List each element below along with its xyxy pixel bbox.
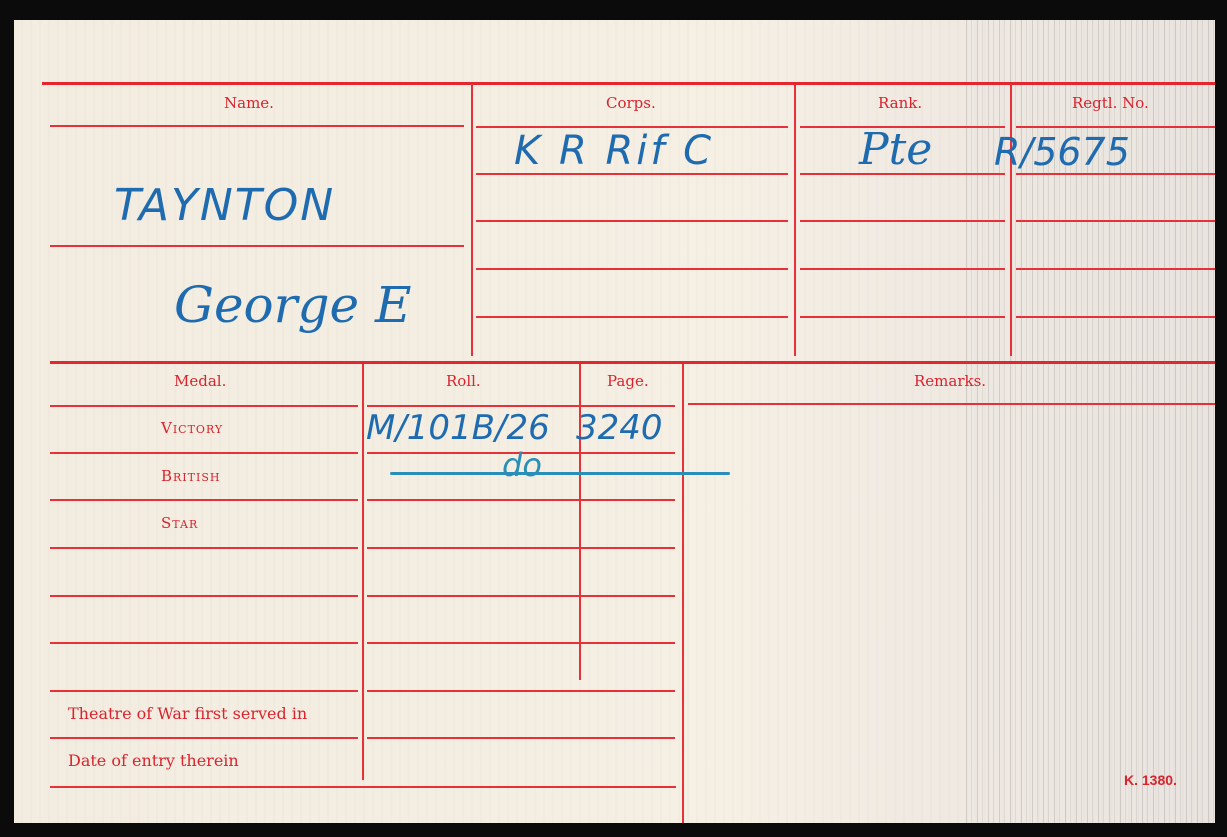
- handwritten-roll: M/101B/26: [366, 408, 550, 448]
- header-medal: Medal.: [174, 372, 226, 390]
- roll-rule: [367, 499, 675, 501]
- medal-rule: [50, 642, 358, 644]
- label-theatre-of-war: Theatre of War first served in: [68, 704, 307, 723]
- regt-rule: [1016, 268, 1215, 270]
- handwritten-corps: K R Rif C: [514, 128, 714, 174]
- roll-rule: [367, 642, 675, 644]
- roll-rule: [367, 595, 675, 597]
- header-corps: Corps.: [606, 94, 656, 112]
- name-rule: [50, 125, 464, 127]
- handwritten-page: 3240: [576, 408, 663, 448]
- divider-corps-rank: [794, 84, 796, 356]
- header-name: Name.: [224, 94, 274, 112]
- header-remarks: Remarks.: [914, 372, 986, 390]
- roll-rule: [367, 737, 675, 739]
- regt-rule: [1016, 220, 1215, 222]
- header-regt-no: Regtl. No.: [1072, 94, 1149, 112]
- header-page: Page.: [607, 372, 649, 390]
- corps-rule: [476, 316, 788, 318]
- header-rank: Rank.: [878, 94, 922, 112]
- divider-medal-roll: [362, 364, 364, 780]
- roll-rule: [367, 405, 675, 407]
- handwritten-forenames: George E: [174, 276, 412, 334]
- medal-rule: [50, 547, 358, 549]
- rank-rule: [800, 268, 1005, 270]
- medal-rule: [50, 405, 358, 407]
- medal-star: Star: [161, 514, 198, 532]
- ditto-stroke: [390, 472, 730, 475]
- bottom-rule: [50, 786, 676, 788]
- middle-rule: [50, 361, 1215, 364]
- regt-rule: [1016, 126, 1215, 128]
- medal-rule: [50, 737, 358, 739]
- handwritten-regt-no: R/5675: [994, 130, 1130, 174]
- roll-rule: [367, 547, 675, 549]
- medal-rule: [50, 499, 358, 501]
- roll-rule: [367, 690, 675, 692]
- medal-rule: [50, 690, 358, 692]
- medal-index-card: Name. Corps. Rank. Regtl. No. Medal. Rol…: [14, 20, 1215, 823]
- medal-british: British: [161, 467, 220, 485]
- form-number: K. 1380.: [1124, 772, 1177, 788]
- divider-rank-regt: [1010, 84, 1012, 356]
- corps-rule: [476, 220, 788, 222]
- medal-rule: [50, 452, 358, 454]
- medal-rule: [50, 595, 358, 597]
- corps-rule: [476, 268, 788, 270]
- rank-rule: [800, 316, 1005, 318]
- divider-page-remarks: [682, 364, 684, 823]
- header-roll: Roll.: [446, 372, 481, 390]
- medal-victory: Victory: [161, 419, 223, 437]
- handwritten-surname: TAYNTON: [114, 180, 335, 231]
- remarks-rule: [688, 403, 1215, 405]
- rank-rule: [800, 220, 1005, 222]
- label-date-of-entry: Date of entry therein: [68, 751, 239, 770]
- regt-rule: [1016, 316, 1215, 318]
- name-rule: [50, 245, 464, 247]
- handwritten-ditto: do: [502, 446, 542, 484]
- divider-name-corps: [471, 84, 473, 356]
- top-rule: [42, 82, 1215, 85]
- handwritten-rank: Pte: [859, 124, 932, 175]
